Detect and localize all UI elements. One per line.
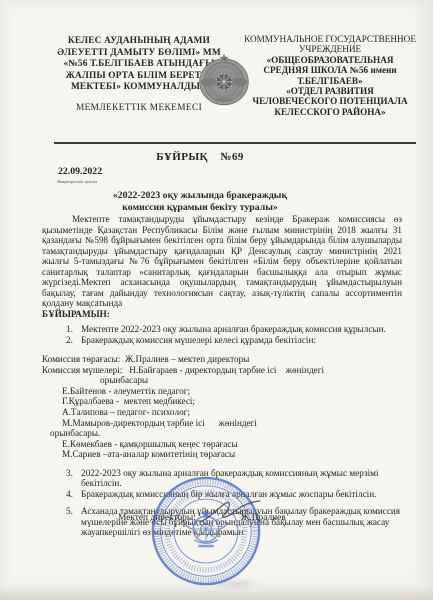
org-right-regular-text: КОММУНАЛЬНОЕ ГОСУДАРСТВЕННОЕ УЧРЕЖДЕНИЕ — [243, 34, 417, 55]
commission-member: Е.Байтенов - әлеуметтік педагог; — [42, 386, 402, 397]
ordered-items-1-2: 1. Мектепте 2022-2023 оқу жылына арналға… — [42, 324, 402, 345]
order-title: БҰЙРЫҚ №69 — [24, 151, 376, 163]
handwritten-signature-icon — [196, 498, 266, 533]
item-number: 4. — [66, 489, 81, 500]
commission-member: Г.Құралбаева - мектеп медбикесі; — [42, 396, 402, 407]
commission-chair-line: Комиссия төрағасы: Ж.Пралиев – мектеп ди… — [42, 354, 402, 365]
commission-members-label-line: Комиссия мүшелері: Н.Байғараев - директо… — [42, 365, 402, 376]
item-text: Бракераждық комиссия мүшелері келесі құр… — [81, 335, 402, 346]
order-item: 1. Мектепте 2022-2023 оқу жылына арналға… — [66, 324, 402, 335]
item-text: Мектепте 2022-2023 оқу жылына арналған б… — [81, 324, 402, 335]
order-subject: «2022-2023 оқу жылында бракераждық комис… — [24, 190, 376, 213]
scanned-order-document: КЕЛЕС АУДАНЫНЫҢ АДАМИ ӘЛЕУЕТТІ ДАМЫТУ БӨ… — [0, 0, 433, 600]
commission-member: Е.Көмекбаев - қамқоршылық кеңес төрағасы — [42, 439, 402, 450]
commission-member: М.Сариев –ата-аналар комитетінің төрағас… — [42, 449, 402, 460]
signature-svg — [196, 498, 266, 528]
signature-label: Мектеп директоры: — [118, 513, 196, 523]
order-subject-line2: комиссия құрамын бекіту туралы» — [24, 202, 376, 214]
order-subject-line1: «2022-2023 оқу жылында бракераждық — [24, 190, 376, 202]
item-number: 1. — [66, 324, 81, 335]
commission-composition: Комиссия төрағасы: Ж.Пралиев – мектеп ди… — [42, 354, 402, 460]
commission-member: М.Мамыров-директордың тәрбие ісі жөнінде… — [42, 418, 402, 429]
item-number: 5. — [66, 506, 81, 538]
commission-member-wrap: орынбасары. — [42, 428, 402, 439]
header-org-right: КОММУНАЛЬНОЕ ГОСУДАРСТВЕННОЕ УЧРЕЖДЕНИЕ … — [243, 34, 417, 117]
resolve-word: БҰЙЫРАМЫН: — [42, 309, 402, 320]
header-divider-line — [54, 142, 416, 144]
item-number: 3. — [66, 468, 81, 489]
scan-edge-shadow — [0, 586, 433, 600]
item-number: 2. — [66, 335, 81, 346]
commission-member: А.Талипова – педагог- психолог; — [42, 407, 402, 418]
order-item: 2. Бракераждық комиссия мүшелері келесі … — [66, 335, 402, 346]
org-right-bold-text-1: «ОБЩЕОБРАЗОВАТЕЛЬНАЯ СРЕДНЯЯ ШКОЛА №56 и… — [243, 55, 417, 86]
order-date: 22.09.2022 — [58, 166, 102, 177]
org-right-bold-text-2: «ОТДЕЛ РАЗВИТИЯ ЧЕЛОВЕЧЕСКОГО ПОТЕНЦИАЛА… — [243, 86, 417, 117]
commission-members-label-wrap: орынбасары — [42, 375, 402, 386]
preamble-paragraph: Мектепте тамақтандыруды ұйымдастыру кезі… — [42, 214, 402, 309]
order-place: Жаңатіршілік ауылы — [57, 179, 97, 184]
